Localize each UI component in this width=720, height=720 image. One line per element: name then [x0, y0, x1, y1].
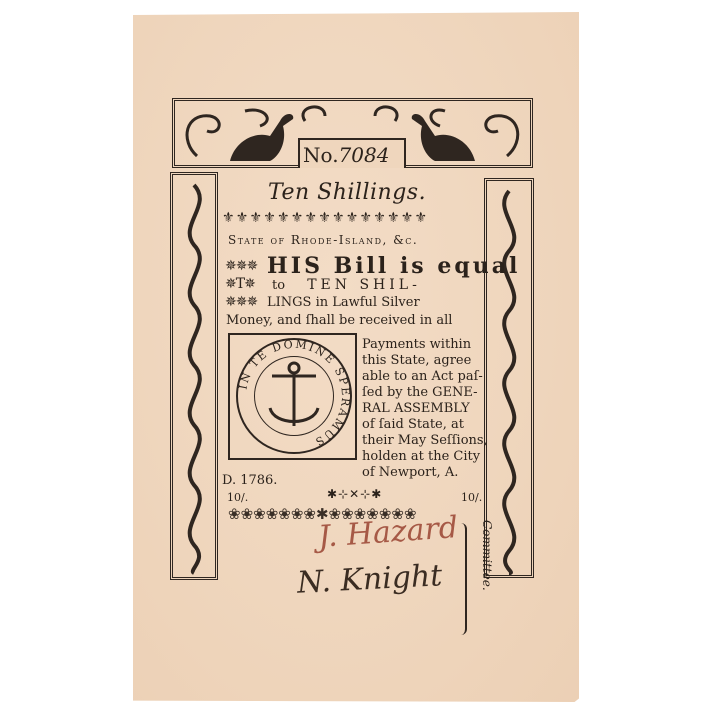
body-right-line: RAL ASSEMBLY [362, 401, 470, 416]
body-text: TEN SHIL- [307, 277, 421, 293]
body-right-line: holden at the City [362, 449, 480, 464]
body-text: LINGS in Lawful Silver [267, 295, 420, 310]
committee-brace [455, 523, 467, 635]
date-line: D. 1786. [222, 473, 277, 488]
body-text: to [272, 278, 285, 293]
serial-number: No.7084 [303, 143, 389, 167]
body-right-line: their May Seſſions, [362, 433, 488, 448]
body-right-line: able to an Act paſ- [362, 369, 483, 384]
body-right-line: of Newport, A. [362, 465, 458, 480]
committee-label: Committee. [480, 520, 494, 591]
body-line-3: LINGS in Lawful Silver [267, 295, 420, 310]
left-scroll-border [170, 172, 218, 580]
seal-motto: IN TE DOMINE SPERAMUS [236, 338, 352, 454]
body-right-line: ſed by the GENE- [362, 385, 478, 400]
body-right-line: this State, agree [362, 353, 471, 368]
scroll-vine-ornament-icon [173, 175, 215, 577]
denomination-title: Ten Shillings. [268, 180, 426, 205]
fleur-de-lis-row: ⚜⚜⚜⚜⚜⚜⚜⚜⚜⚜⚜⚜⚜⚜⚜ [222, 210, 482, 226]
serial-value: 7084 [339, 143, 390, 167]
ornament-icon: ✵✵✵ [225, 258, 257, 274]
body-line-4: Money, and ſhall be received in all [226, 313, 452, 328]
body-text: HIS Bill is equal [267, 253, 520, 279]
star-ornament-icon: ✱⊹✕⊹✱ [327, 487, 382, 501]
svg-text:IN TE DOMINE SPERAMUS: IN TE DOMINE SPERAMUS [236, 338, 352, 449]
body-line-2: to TEN SHIL- [272, 277, 421, 293]
body-right-line: of ſaid State, at [362, 417, 464, 432]
body-right-line: Payments within [362, 337, 471, 352]
value-right: 10/. [461, 491, 482, 504]
serial-prefix: No. [303, 143, 339, 167]
body-line-1: HIS Bill is equal [267, 253, 520, 279]
scroll-vine-ornament-icon [487, 181, 531, 575]
value-left: 10/. [227, 491, 248, 504]
state-line: State of Rhode-Island, &c. [228, 233, 418, 247]
ornament-icon: ✵✵✵ [225, 294, 257, 310]
right-scroll-border [484, 178, 534, 578]
ornament-icon: ✵T✵ [225, 276, 255, 292]
